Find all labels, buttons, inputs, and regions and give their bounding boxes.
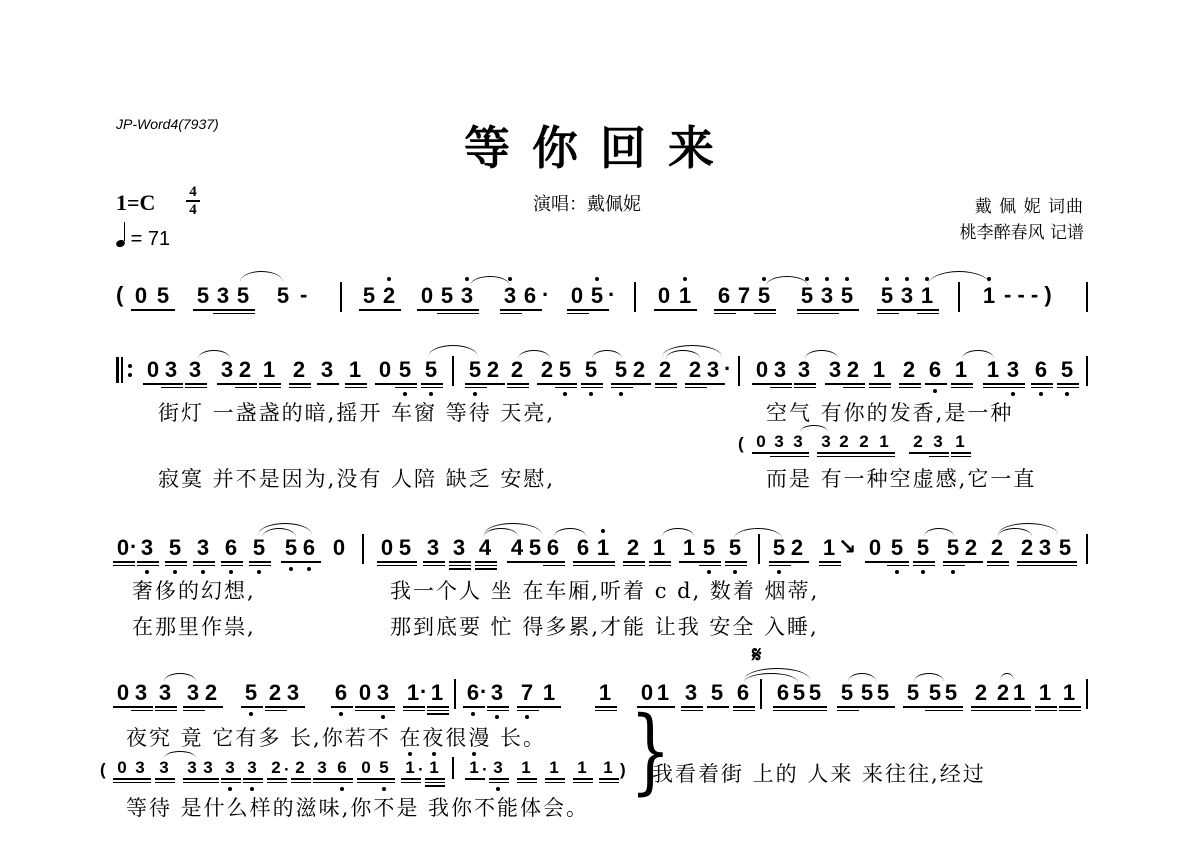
note: 1: [596, 535, 610, 561]
duration-underline: [869, 383, 891, 385]
duration-underline: [987, 561, 1009, 563]
duration-underline: [449, 568, 471, 570]
octave-high-dot: [472, 752, 476, 756]
duration-underline: [403, 710, 425, 712]
duration-underline: [797, 309, 819, 311]
duration-underline: [855, 452, 875, 454]
singer-credit: 演唱：戴佩妮: [533, 190, 641, 216]
note: 7: [737, 283, 751, 309]
lyric-line: 那到底要 忙 得多累,才能 让我 安全 入睡,: [390, 611, 819, 641]
octave-high-dot: [905, 277, 909, 281]
slur: [848, 673, 876, 682]
note: 2: [996, 680, 1010, 706]
note: 5: [808, 680, 822, 706]
note: 0: [420, 283, 434, 309]
slur: [240, 271, 283, 282]
duration-underline: [1055, 561, 1077, 563]
note: 5: [590, 283, 604, 309]
octave-low-dot: [1039, 392, 1043, 396]
note: 0: [380, 535, 394, 561]
duration-underline: [417, 309, 439, 311]
duration-underline: [943, 565, 965, 567]
slur: [518, 350, 550, 359]
duration-underline: [449, 565, 471, 567]
duration-underline: [233, 313, 255, 315]
octave-low-dot: [403, 392, 407, 396]
barline: [340, 282, 342, 312]
notation-symbol: ·: [482, 758, 488, 782]
duration-underline: [427, 710, 449, 712]
note: 2: [1020, 535, 1034, 561]
octave-high-dot: [845, 277, 849, 281]
duration-underline: [951, 452, 971, 454]
duration-underline: [917, 313, 939, 315]
note: 5: [168, 535, 182, 561]
note: 2: [510, 357, 524, 383]
note: 5: [236, 283, 250, 309]
duration-underline: [489, 782, 509, 784]
barline: [760, 679, 762, 709]
duration-underline: [555, 383, 577, 385]
note: 6: [466, 680, 480, 706]
duration-underline: [425, 782, 445, 784]
time-signature-top: 4: [189, 184, 197, 200]
duration-underline: [623, 565, 645, 567]
duration-underline: [843, 383, 865, 385]
duration-underline: [887, 561, 909, 563]
note: 1: [428, 758, 440, 778]
duration-underline: [395, 561, 417, 563]
duration-underline: [155, 710, 177, 712]
duration-underline: [403, 706, 425, 708]
tempo-value: = 71: [131, 228, 170, 250]
note: 2: [270, 758, 282, 778]
note: 2: [990, 535, 1004, 561]
notation-symbol: ·: [542, 283, 549, 307]
note: 6: [736, 680, 750, 706]
note: 2: [790, 535, 804, 561]
slur: [734, 528, 782, 539]
duration-underline: [1057, 387, 1079, 389]
duration-underline: [595, 710, 617, 712]
duration-underline: [699, 565, 721, 567]
note: 6: [334, 680, 348, 706]
barline: [1086, 356, 1088, 386]
barline: [452, 356, 454, 386]
duration-underline: [500, 313, 522, 315]
note: 1: [822, 535, 836, 561]
note: 1: [542, 680, 556, 706]
slur: [924, 528, 954, 537]
duration-underline: [725, 565, 747, 567]
duration-underline: [593, 561, 615, 563]
note: 2: [626, 535, 640, 561]
duration-underline: [113, 782, 133, 784]
octave-low-dot: [307, 567, 311, 571]
octave-low-dot: [895, 570, 899, 574]
octave-low-dot: [201, 570, 205, 574]
duration-underline: [599, 778, 619, 780]
lyric-line: 街灯 一盏盏的暗,摇开 车窗 等待 天亮,: [158, 397, 555, 427]
duration-underline: [155, 778, 175, 780]
lyric-line: 我看着街 上的 人来 来往往,经过: [652, 758, 986, 788]
duration-underline: [359, 309, 381, 311]
note: 1: [678, 283, 692, 309]
duration-underline: [517, 710, 539, 712]
notation-symbol: (: [116, 283, 123, 307]
duration-underline: [649, 561, 671, 563]
octave-high-dot: [387, 277, 391, 281]
octave-low-dot: [145, 570, 149, 574]
octave-low-dot: [228, 787, 232, 791]
duration-underline: [317, 383, 339, 385]
notation-symbol: -: [300, 283, 307, 307]
duration-underline: [113, 565, 135, 567]
note: 2: [292, 357, 306, 383]
duration-underline: [789, 452, 809, 454]
duration-underline: [487, 706, 509, 708]
note: 4: [478, 535, 492, 561]
duration-underline: [714, 309, 736, 311]
note: 3: [490, 680, 504, 706]
duration-underline: [183, 710, 205, 712]
octave-low-dot: [249, 712, 253, 716]
duration-underline: [752, 452, 772, 454]
octave-low-dot: [496, 787, 500, 791]
duration-underline: [199, 778, 219, 780]
note: 5: [558, 357, 572, 383]
duration-underline: [917, 309, 939, 311]
octave-high-dot: [408, 752, 412, 756]
note: 3: [140, 535, 154, 561]
duration-underline: [873, 706, 895, 708]
duration-underline: [837, 710, 859, 712]
note: 5: [880, 283, 894, 309]
note: 3: [820, 283, 834, 309]
note: 3: [792, 432, 804, 452]
note: 6: [717, 283, 731, 309]
notation-symbol: ·: [608, 283, 615, 307]
note: 5: [772, 535, 786, 561]
duration-underline: [289, 387, 311, 389]
duration-underline: [357, 782, 377, 784]
transcriber-credit: 桃李醉春风 记谱: [960, 218, 1084, 243]
duration-underline: [395, 387, 417, 389]
duration-underline: [375, 782, 395, 784]
note: 1: [468, 758, 480, 778]
duration-underline: [289, 383, 311, 385]
duration-underline: [153, 309, 175, 311]
octave-low-dot: [951, 570, 955, 574]
duration-underline: [165, 565, 187, 567]
duration-underline: [819, 565, 841, 567]
duration-underline: [877, 309, 899, 311]
duration-underline: [835, 452, 855, 454]
duration-underline: [770, 387, 792, 389]
note: 1: [520, 758, 532, 778]
duration-underline: [599, 782, 619, 784]
repeat-thick-bar: [116, 357, 119, 383]
duration-underline: [725, 561, 747, 563]
note: 3: [684, 680, 698, 706]
duration-underline: [679, 561, 701, 563]
note: 6: [224, 535, 238, 561]
note: 2: [688, 357, 702, 383]
duration-underline: [649, 565, 671, 567]
duration-underline: [581, 387, 603, 389]
duration-underline: [581, 383, 603, 385]
note: 1: [348, 357, 362, 383]
duration-underline: [1035, 561, 1057, 563]
note: 1: [954, 357, 968, 383]
notation-symbol: (: [100, 758, 106, 782]
duration-underline: [837, 706, 859, 708]
duration-underline: [1055, 565, 1077, 567]
duration-underline: [243, 778, 263, 780]
note: 3: [460, 283, 474, 309]
quarter-note-stem: [124, 222, 126, 241]
note: 0: [146, 357, 160, 383]
note: 5: [1058, 535, 1072, 561]
note: 3: [1038, 535, 1052, 561]
note: 1: [602, 758, 614, 778]
slur: [962, 350, 994, 359]
duration-underline: [929, 456, 949, 458]
notation-symbol: ·: [420, 680, 427, 704]
duration-underline: [373, 710, 395, 712]
note: 3: [224, 758, 236, 778]
duration-underline: [1031, 387, 1053, 389]
duration-underline: [629, 383, 651, 385]
note: 5: [398, 357, 412, 383]
notation-symbol: - - - ): [1004, 283, 1052, 307]
note: 1: [1012, 680, 1026, 706]
octave-low-dot: [733, 570, 737, 574]
octave-high-dot: [825, 277, 829, 281]
duration-underline: [817, 456, 837, 458]
repeat-thin-bar: [121, 357, 123, 383]
note: 3: [202, 758, 214, 778]
duration-underline: [611, 387, 633, 389]
slur: [1000, 673, 1014, 681]
duration-underline: [875, 452, 895, 454]
barline: [452, 757, 454, 779]
note: 6: [336, 758, 348, 778]
duration-underline: [427, 706, 449, 708]
barline: [634, 282, 636, 312]
note: 1: [548, 758, 560, 778]
time-signature: 4 4: [186, 185, 200, 217]
duration-underline: [699, 561, 721, 563]
duration-underline: [517, 706, 539, 708]
duration-underline: [113, 778, 133, 780]
note: 0: [755, 357, 769, 383]
duration-underline: [887, 565, 909, 567]
duration-underline: [817, 452, 837, 454]
note: 2: [540, 357, 554, 383]
key-signature: 1=C: [116, 190, 155, 216]
note: 5: [800, 283, 814, 309]
note: 5: [916, 535, 930, 561]
note: 3: [932, 432, 944, 452]
note: 3: [773, 357, 787, 383]
note: 3: [426, 535, 440, 561]
time-signature-bottom: 4: [189, 202, 197, 218]
slur: [164, 673, 196, 682]
duration-underline: [951, 387, 973, 389]
octave-low-dot: [339, 712, 343, 716]
duration-underline: [423, 565, 445, 567]
slur: [484, 523, 542, 535]
duration-underline: [483, 383, 505, 385]
note: 1: [262, 357, 276, 383]
octave-high-dot: [508, 277, 512, 281]
duration-underline: [794, 387, 816, 389]
note: 2: [382, 283, 396, 309]
note: 5: [284, 535, 298, 561]
note: 5: [1060, 357, 1074, 383]
duration-underline: [131, 710, 153, 712]
lyric-line: 在那里作祟,: [132, 611, 256, 641]
duration-underline: [299, 561, 321, 563]
duration-underline: [475, 565, 497, 567]
note: 0: [378, 357, 392, 383]
note: 3: [196, 535, 210, 561]
duration-underline: [681, 710, 703, 712]
tempo-marking: = 71: [116, 226, 170, 251]
duration-underline: [770, 383, 792, 385]
note: 5: [928, 680, 942, 706]
duration-underline: [1003, 387, 1025, 389]
duration-underline: [675, 309, 697, 311]
note: 6: [776, 680, 790, 706]
note: 2: [858, 432, 870, 452]
note: 6: [1034, 357, 1048, 383]
duration-underline: [685, 387, 707, 389]
note: 3: [452, 535, 466, 561]
note: 3: [492, 758, 504, 778]
duration-underline: [161, 383, 183, 385]
duration-underline: [733, 706, 755, 708]
slur: [198, 350, 230, 359]
duration-underline: [1057, 383, 1079, 385]
note: 1: [652, 535, 666, 561]
barline: [362, 534, 364, 564]
note: 4: [510, 535, 524, 561]
octave-low-dot: [429, 392, 433, 396]
duration-underline: [789, 456, 809, 458]
duration-underline: [185, 387, 207, 389]
lyric-line: 而是 有一种空虚感,它一直: [766, 463, 1036, 493]
octave-low-dot: [563, 392, 567, 396]
note: 3: [134, 758, 146, 778]
note: 0: [134, 283, 148, 309]
octave-high-dot: [683, 277, 687, 281]
barline: [454, 679, 456, 709]
note: 5: [252, 535, 266, 561]
octave-low-dot: [173, 570, 177, 574]
duration-underline: [249, 561, 271, 563]
octave-high-dot: [432, 752, 436, 756]
lyric-line: 等待 是什么样的滋味,你不是 我你不能体会。: [126, 792, 589, 822]
note: 3: [773, 432, 785, 452]
duration-underline: [941, 710, 963, 712]
duration-underline: [899, 387, 921, 389]
lyric-line: 夜究 竟 它有多 长,你若不 在夜很漫 长。: [126, 722, 546, 752]
note: 5: [944, 680, 958, 706]
note: 5: [710, 680, 724, 706]
note: 7: [520, 680, 534, 706]
barline: [1086, 679, 1088, 709]
duration-underline: [243, 782, 263, 784]
duration-underline: [545, 782, 565, 784]
duration-underline: [543, 561, 565, 563]
note: 3: [164, 357, 178, 383]
duration-underline: [655, 383, 677, 385]
octave-low-dot: [381, 715, 385, 719]
note: 3: [246, 758, 258, 778]
duration-underline: [1059, 706, 1081, 708]
note: 0: [868, 535, 882, 561]
duration-underline: [787, 561, 809, 563]
duration-underline: [221, 782, 241, 784]
note: 2: [974, 680, 988, 706]
duration-underline: [587, 309, 609, 311]
duration-underline: [425, 778, 445, 780]
duration-underline: [373, 706, 395, 708]
note: 3: [220, 357, 234, 383]
note: 5: [890, 535, 904, 561]
note: 3: [820, 432, 832, 452]
note: 3: [797, 357, 811, 383]
duration-underline: [539, 706, 561, 708]
lyric-line: 寂寞 并不是因为,没有 人陪 缺乏 安慰,: [158, 463, 555, 493]
duration-underline: [249, 565, 271, 567]
duration-underline: [1035, 710, 1057, 712]
duration-underline: [1009, 710, 1031, 712]
duration-underline: [567, 313, 589, 315]
duration-underline: [235, 383, 257, 385]
slur: [428, 345, 478, 357]
duration-underline: [241, 706, 263, 708]
octave-high-dot: [601, 529, 605, 533]
duration-underline: [199, 782, 219, 784]
note: 0: [116, 758, 128, 778]
barline: [758, 534, 760, 564]
slur: [470, 276, 510, 286]
note: 5: [424, 357, 438, 383]
duration-underline: [291, 778, 311, 780]
duration-underline: [1059, 710, 1081, 712]
note: 0: [332, 535, 346, 561]
note: 6: [928, 357, 942, 383]
brace-icon: }: [630, 706, 671, 799]
note: 0: [116, 680, 130, 706]
duration-underline: [951, 456, 971, 458]
note: 5: [906, 680, 920, 706]
duration-underline: [283, 706, 305, 708]
duration-underline: [155, 782, 175, 784]
duration-underline: [520, 309, 542, 311]
duration-underline: [951, 383, 973, 385]
duration-underline: [877, 313, 899, 315]
duration-underline: [221, 561, 243, 563]
duration-underline: [137, 561, 159, 563]
slur: [805, 350, 838, 359]
duration-underline: [201, 706, 223, 708]
note: 3: [706, 357, 720, 383]
duration-underline: [155, 706, 177, 708]
